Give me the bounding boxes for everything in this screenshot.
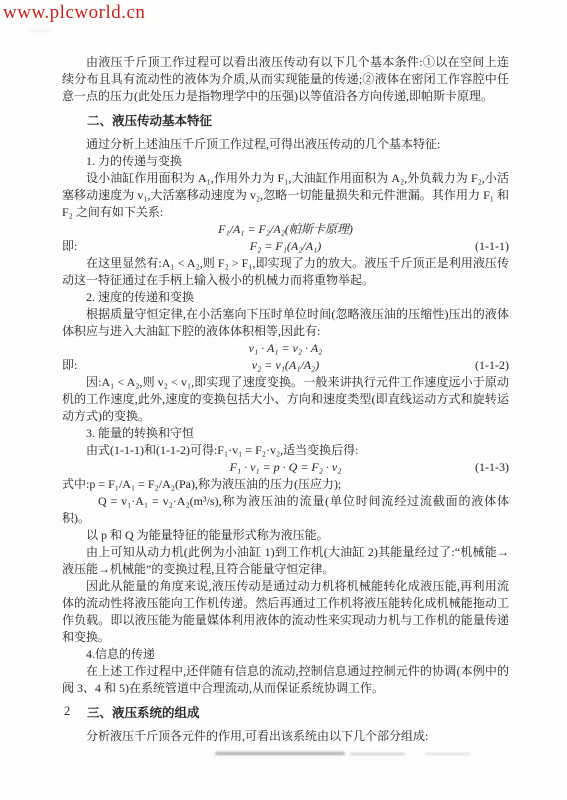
equation-label: 即:: [62, 238, 77, 255]
paragraph: 在上述工作过程中,还伴随有信息的流动,控制信息通过控制元件的协调(本例中的阀 3…: [62, 663, 509, 697]
watermark: www.plcworld.cn: [3, 2, 145, 24]
paragraph: 在这里显然有:A₁ < A₂,则 F₂ > F₁,即实现了力的放大。液压千斤顶正…: [62, 255, 509, 289]
formula: F₁/A₁ = F₂/A₂(帕斯卡原理): [62, 221, 509, 238]
paragraph: 因此从能量的角度来说,液压传动是通过动力机将机械能转化成液压能,再利用流体的流动…: [62, 578, 509, 646]
page-number: 2: [64, 704, 70, 719]
equation-number: (1-1-1): [475, 238, 509, 255]
paragraph: 因:A₁ < A₂,则 v₂ < v₁,即实现了速度变换。一般来讲执行元件工作速…: [62, 374, 509, 425]
formula: v₁ · A₁ = v₂ · A₂: [62, 340, 509, 357]
paragraph: 通过分析上述油压千斤顶工作过程,可得出液压传动的几个基本特征:: [62, 136, 509, 153]
list-heading: 2. 速度的传递和变换: [62, 289, 509, 306]
paragraph: 根据质量守恒定律,在小活塞向下压时单位时间(忽略液压油的压缩性)压出的液体体积应…: [62, 306, 509, 340]
document-body: 由液压千斤顶工作过程可以看出液压传动有以下几个基本条件:①以在空间上连续分布且具…: [62, 54, 509, 745]
paragraph: 由上可知从动力机(此例为小油缸 1)到工作机(大油缸 2)其能量经过了:“机械能…: [62, 544, 509, 578]
paragraph: 由式(1-1-1)和(1-1-2)可得:F₁·v₁ = F₂·v₂,适当变换后得…: [62, 442, 509, 459]
list-heading: 4.信息的传递: [62, 646, 509, 663]
section-heading: 三、液压系统的组成: [62, 705, 509, 722]
scan-artifact: [350, 753, 405, 755]
paragraph: 式中:p = F₁/A₁ = F₂/A₂(Pa),称为液压油的压力(压应力);: [62, 476, 509, 493]
scan-artifact: [28, 30, 50, 32]
paragraph: 分析液压千斤顶各元件的作用,可看出该系统由以下几个部分组成:: [62, 728, 509, 745]
paragraph: 以 p 和 Q 为能量特征的能量形式称为液压能。: [62, 527, 509, 544]
paragraph: Q = v₁·A₁ = v₂·A₂(m³/s),称为液压油的流量(单位时间流经过…: [62, 493, 509, 527]
formula: F₁ · v₁ = p · Q = F₂ · v₂: [230, 460, 342, 474]
list-heading: 3. 能量的转换和守恒: [62, 425, 509, 442]
equation-row: F₁ · v₁ = p · Q = F₂ · v₂ (1-1-3): [62, 459, 509, 476]
section-heading: 二、液压传动基本特征: [62, 113, 509, 130]
equation-row: 即: F₂ = F₁(A₂/A₁) (1-1-1): [62, 238, 509, 255]
formula: F₂ = F₁(A₂/A₁): [250, 239, 321, 253]
paragraph: 设小油缸作用面积为 A₁,作用外力为 F₁,大油缸作用面积为 A₂,外负载力为 …: [62, 170, 509, 221]
equation-number: (1-1-2): [475, 357, 509, 374]
scan-artifact: [425, 753, 470, 755]
list-heading: 1. 力的传递与变换: [62, 153, 509, 170]
equation-label: 即:: [62, 357, 77, 374]
paragraph: 由液压千斤顶工作过程可以看出液压传动有以下几个基本条件:①以在空间上连续分布且具…: [62, 54, 509, 105]
equation-row: 即: v₂ = v₁(A₁/A₂) (1-1-2): [62, 357, 509, 374]
scan-artifact: [215, 752, 345, 755]
equation-number: (1-1-3): [475, 459, 509, 476]
formula: v₂ = v₁(A₁/A₂): [252, 358, 319, 372]
scanned-document-page: www.plcworld.cn 由液压千斤顶工作过程可以看出液压传动有以下几个基…: [0, 0, 567, 800]
